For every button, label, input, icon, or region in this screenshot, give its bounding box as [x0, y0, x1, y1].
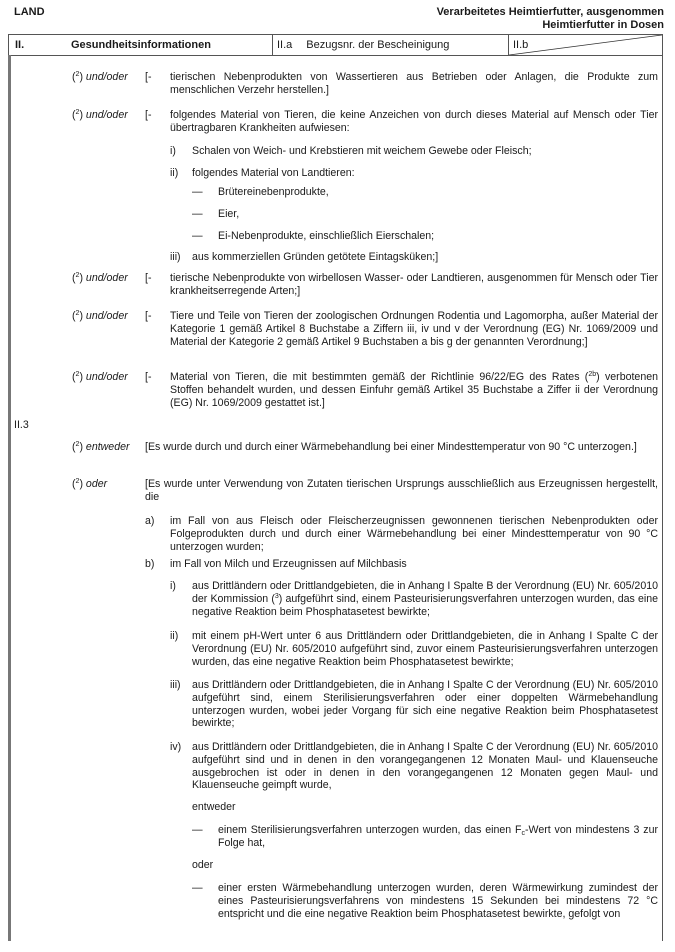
dash-bullet: —: [192, 882, 203, 895]
sub-number: ii): [170, 630, 178, 643]
dash-bullet: —: [192, 230, 203, 243]
option-label: (2) und/oder: [72, 272, 128, 285]
strike-diagonal-line: [509, 35, 662, 55]
dash-item-text: einer ersten Wärmebehandlung unterzogen …: [218, 882, 658, 920]
sub-item-text: aus Drittländern oder Drittlandgebieten,…: [192, 679, 658, 730]
dash-bullet: —: [192, 208, 203, 221]
reference-code: II.a: [277, 39, 292, 51]
sub-item-text: aus Drittländern oder Drittlandgebieten,…: [192, 580, 658, 618]
document-title-line2: Heimtierfutter in Dosen: [437, 19, 664, 32]
andor-item-text: tierische Nebenprodukte von wirbellosen …: [170, 272, 658, 298]
sub-number: iii): [170, 679, 181, 692]
andor-item-text: tierischen Nebenprodukten von Wassertier…: [170, 71, 658, 97]
either-text: [Es wurde durch und durch einer Wärmebeh…: [145, 441, 658, 454]
dash-bullet: —: [192, 824, 203, 837]
dash-item-text: einem Sterilisierungsverfahren unterzoge…: [218, 824, 658, 850]
sub-letter-text: im Fall von Milch und Erzeugnissen auf M…: [170, 558, 658, 571]
document-title: Verarbeitetes Heimtierfutter, ausgenomme…: [437, 6, 664, 32]
sub-number: i): [170, 145, 176, 158]
bracket: [-: [145, 71, 151, 84]
option-label: (2) und/oder: [72, 109, 128, 122]
sub-item-text: aus kommerziellen Gründen getötete Einta…: [192, 251, 658, 264]
either-word: entweder: [192, 801, 236, 814]
dash-bullet: —: [192, 186, 203, 199]
dash-item-text: Ei-Nebenprodukte, einschließlich Eiersch…: [218, 230, 658, 243]
or-text: [Es wurde unter Verwendung von Zutaten t…: [145, 478, 658, 504]
option-label: (2) und/oder: [72, 71, 128, 84]
bracket: [-: [145, 272, 151, 285]
option-label: (2) und/oder: [72, 310, 128, 323]
option-label-either: (2) entweder: [72, 441, 130, 454]
dash-item-text: Eier,: [218, 208, 658, 221]
sub-letter-text: im Fall von aus Fleisch oder Fleischerze…: [170, 515, 658, 553]
option-label: (2) und/oder: [72, 371, 128, 384]
sub-item-text: Schalen von Weich- und Krebstieren mit w…: [192, 145, 658, 158]
sub-number: ii): [170, 167, 178, 180]
section-number: II.: [9, 35, 71, 55]
andor-item-text: folgendes Material von Tieren, die keine…: [170, 109, 658, 135]
sub-number: i): [170, 580, 176, 593]
bracket: [-: [145, 109, 151, 122]
dash-item-text: Brütereinebenprodukte,: [218, 186, 658, 199]
bracket: [-: [145, 310, 151, 323]
sub-number: iv): [170, 741, 181, 754]
sub-item-text: folgendes Material von Landtieren:: [192, 167, 658, 180]
bracket: [-: [145, 371, 151, 384]
document-title-line1: Verarbeitetes Heimtierfutter, ausgenomme…: [437, 6, 664, 19]
andor-item-text: Tiere und Teile von Tieren der zoologisc…: [170, 310, 658, 348]
sub-item-text: mit einem pH-Wert unter 6 aus Drittlände…: [192, 630, 658, 668]
section-number-ii3: II.3: [14, 419, 29, 432]
sub-item-text: aus Drittländern oder Drittlandgebieten,…: [192, 741, 658, 792]
field-iib-cell: II.b: [509, 35, 662, 55]
section-header-row: II. Gesundheitsinformationen II.a Bezugs…: [8, 34, 663, 56]
reference-number-cell: II.a Bezugsnr. der Bescheinigung: [273, 35, 509, 55]
option-label-or: (2) oder: [72, 478, 107, 491]
andor-item-text: Material von Tieren, die mit bestimmten …: [170, 371, 658, 409]
or-word: oder: [192, 859, 213, 872]
sub-letter: a): [145, 515, 154, 528]
sub-letter: b): [145, 558, 154, 571]
section-title: Gesundheitsinformationen: [71, 35, 273, 55]
country-label: LAND: [14, 6, 45, 18]
sub-number: iii): [170, 251, 181, 264]
reference-label: Bezugsnr. der Bescheinigung: [306, 39, 449, 51]
